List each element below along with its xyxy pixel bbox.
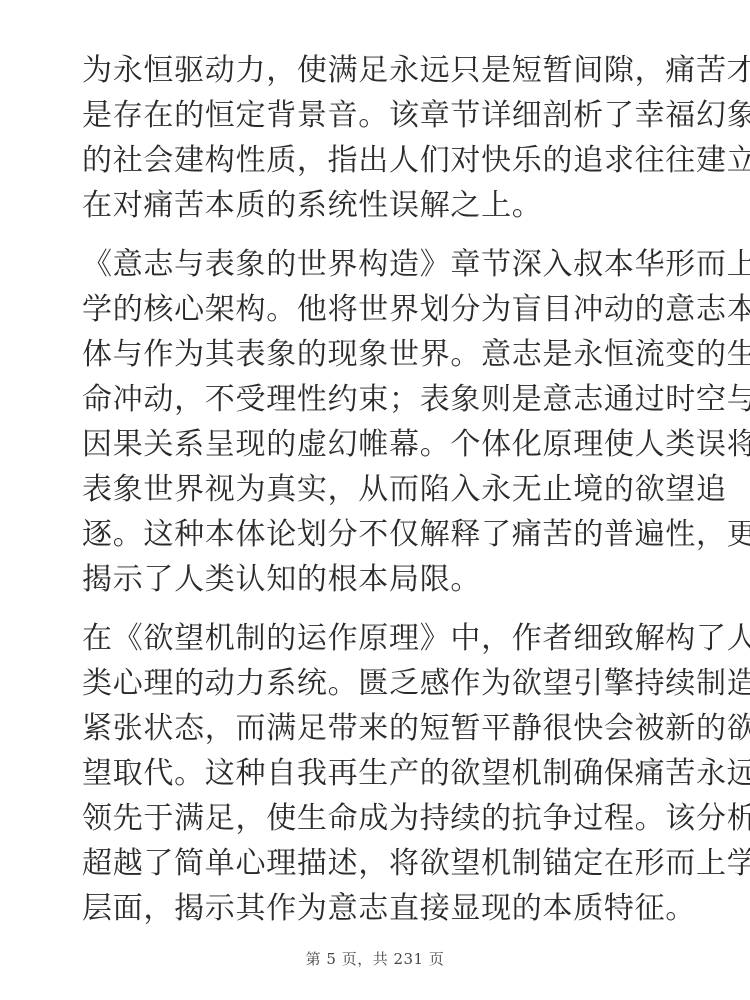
text-line: 在对痛苦本质的系统性误解之上。 <box>82 183 672 228</box>
text-line: 类心理的动力系统。匮乏感作为欲望引擎持续制造 <box>82 661 672 706</box>
page-number-footer: 第 5 页，共 231 页 <box>0 948 750 969</box>
text-line: 表象世界视为真实，从而陷入永无止境的欲望追 <box>82 467 672 512</box>
text-line: 学的核心架构。他将世界划分为盲目冲动的意志本 <box>82 287 672 332</box>
text-line: 在《欲望机制的运作原理》中，作者细致解构了人 <box>82 616 672 661</box>
text-line: 紧张状态，而满足带来的短暂平静很快会被新的欲 <box>82 706 672 751</box>
text-line: 层面，揭示其作为意志直接显现的本质特征。 <box>82 886 672 931</box>
document-body: 为永恒驱动力，使满足永远只是短暂间隙，痛苦才 是存在的恒定背景音。该章节详细剖析… <box>82 48 672 945</box>
text-line: 望取代。这种自我再生产的欲望机制确保痛苦永远 <box>82 751 672 796</box>
text-line: 因果关系呈现的虚幻帷幕。个体化原理使人类误将 <box>82 422 672 467</box>
text-line: 为永恒驱动力，使满足永远只是短暂间隙，痛苦才 <box>82 48 672 93</box>
text-line: 体与作为其表象的现象世界。意志是永恒流变的生 <box>82 332 672 377</box>
text-line: 命冲动，不受理性约束；表象则是意志通过时空与 <box>82 377 672 422</box>
text-line: 的社会建构性质，指出人们对快乐的追求往往建立 <box>82 138 672 183</box>
paragraph-1: 为永恒驱动力，使满足永远只是短暂间隙，痛苦才 是存在的恒定背景音。该章节详细剖析… <box>82 48 672 228</box>
text-line: 逐。这种本体论划分不仅解释了痛苦的普遍性，更 <box>82 512 672 557</box>
paragraph-3: 在《欲望机制的运作原理》中，作者细致解构了人 类心理的动力系统。匮乏感作为欲望引… <box>82 616 672 931</box>
text-line: 超越了简单心理描述，将欲望机制锚定在形而上学 <box>82 841 672 886</box>
text-line: 《意志与表象的世界构造》章节深入叔本华形而上 <box>82 242 672 287</box>
text-line: 是存在的恒定背景音。该章节详细剖析了幸福幻象 <box>82 93 672 138</box>
text-line: 领先于满足，使生命成为持续的抗争过程。该分析 <box>82 796 672 841</box>
paragraph-2: 《意志与表象的世界构造》章节深入叔本华形而上 学的核心架构。他将世界划分为盲目冲… <box>82 242 672 602</box>
text-line: 揭示了人类认知的根本局限。 <box>82 557 672 602</box>
